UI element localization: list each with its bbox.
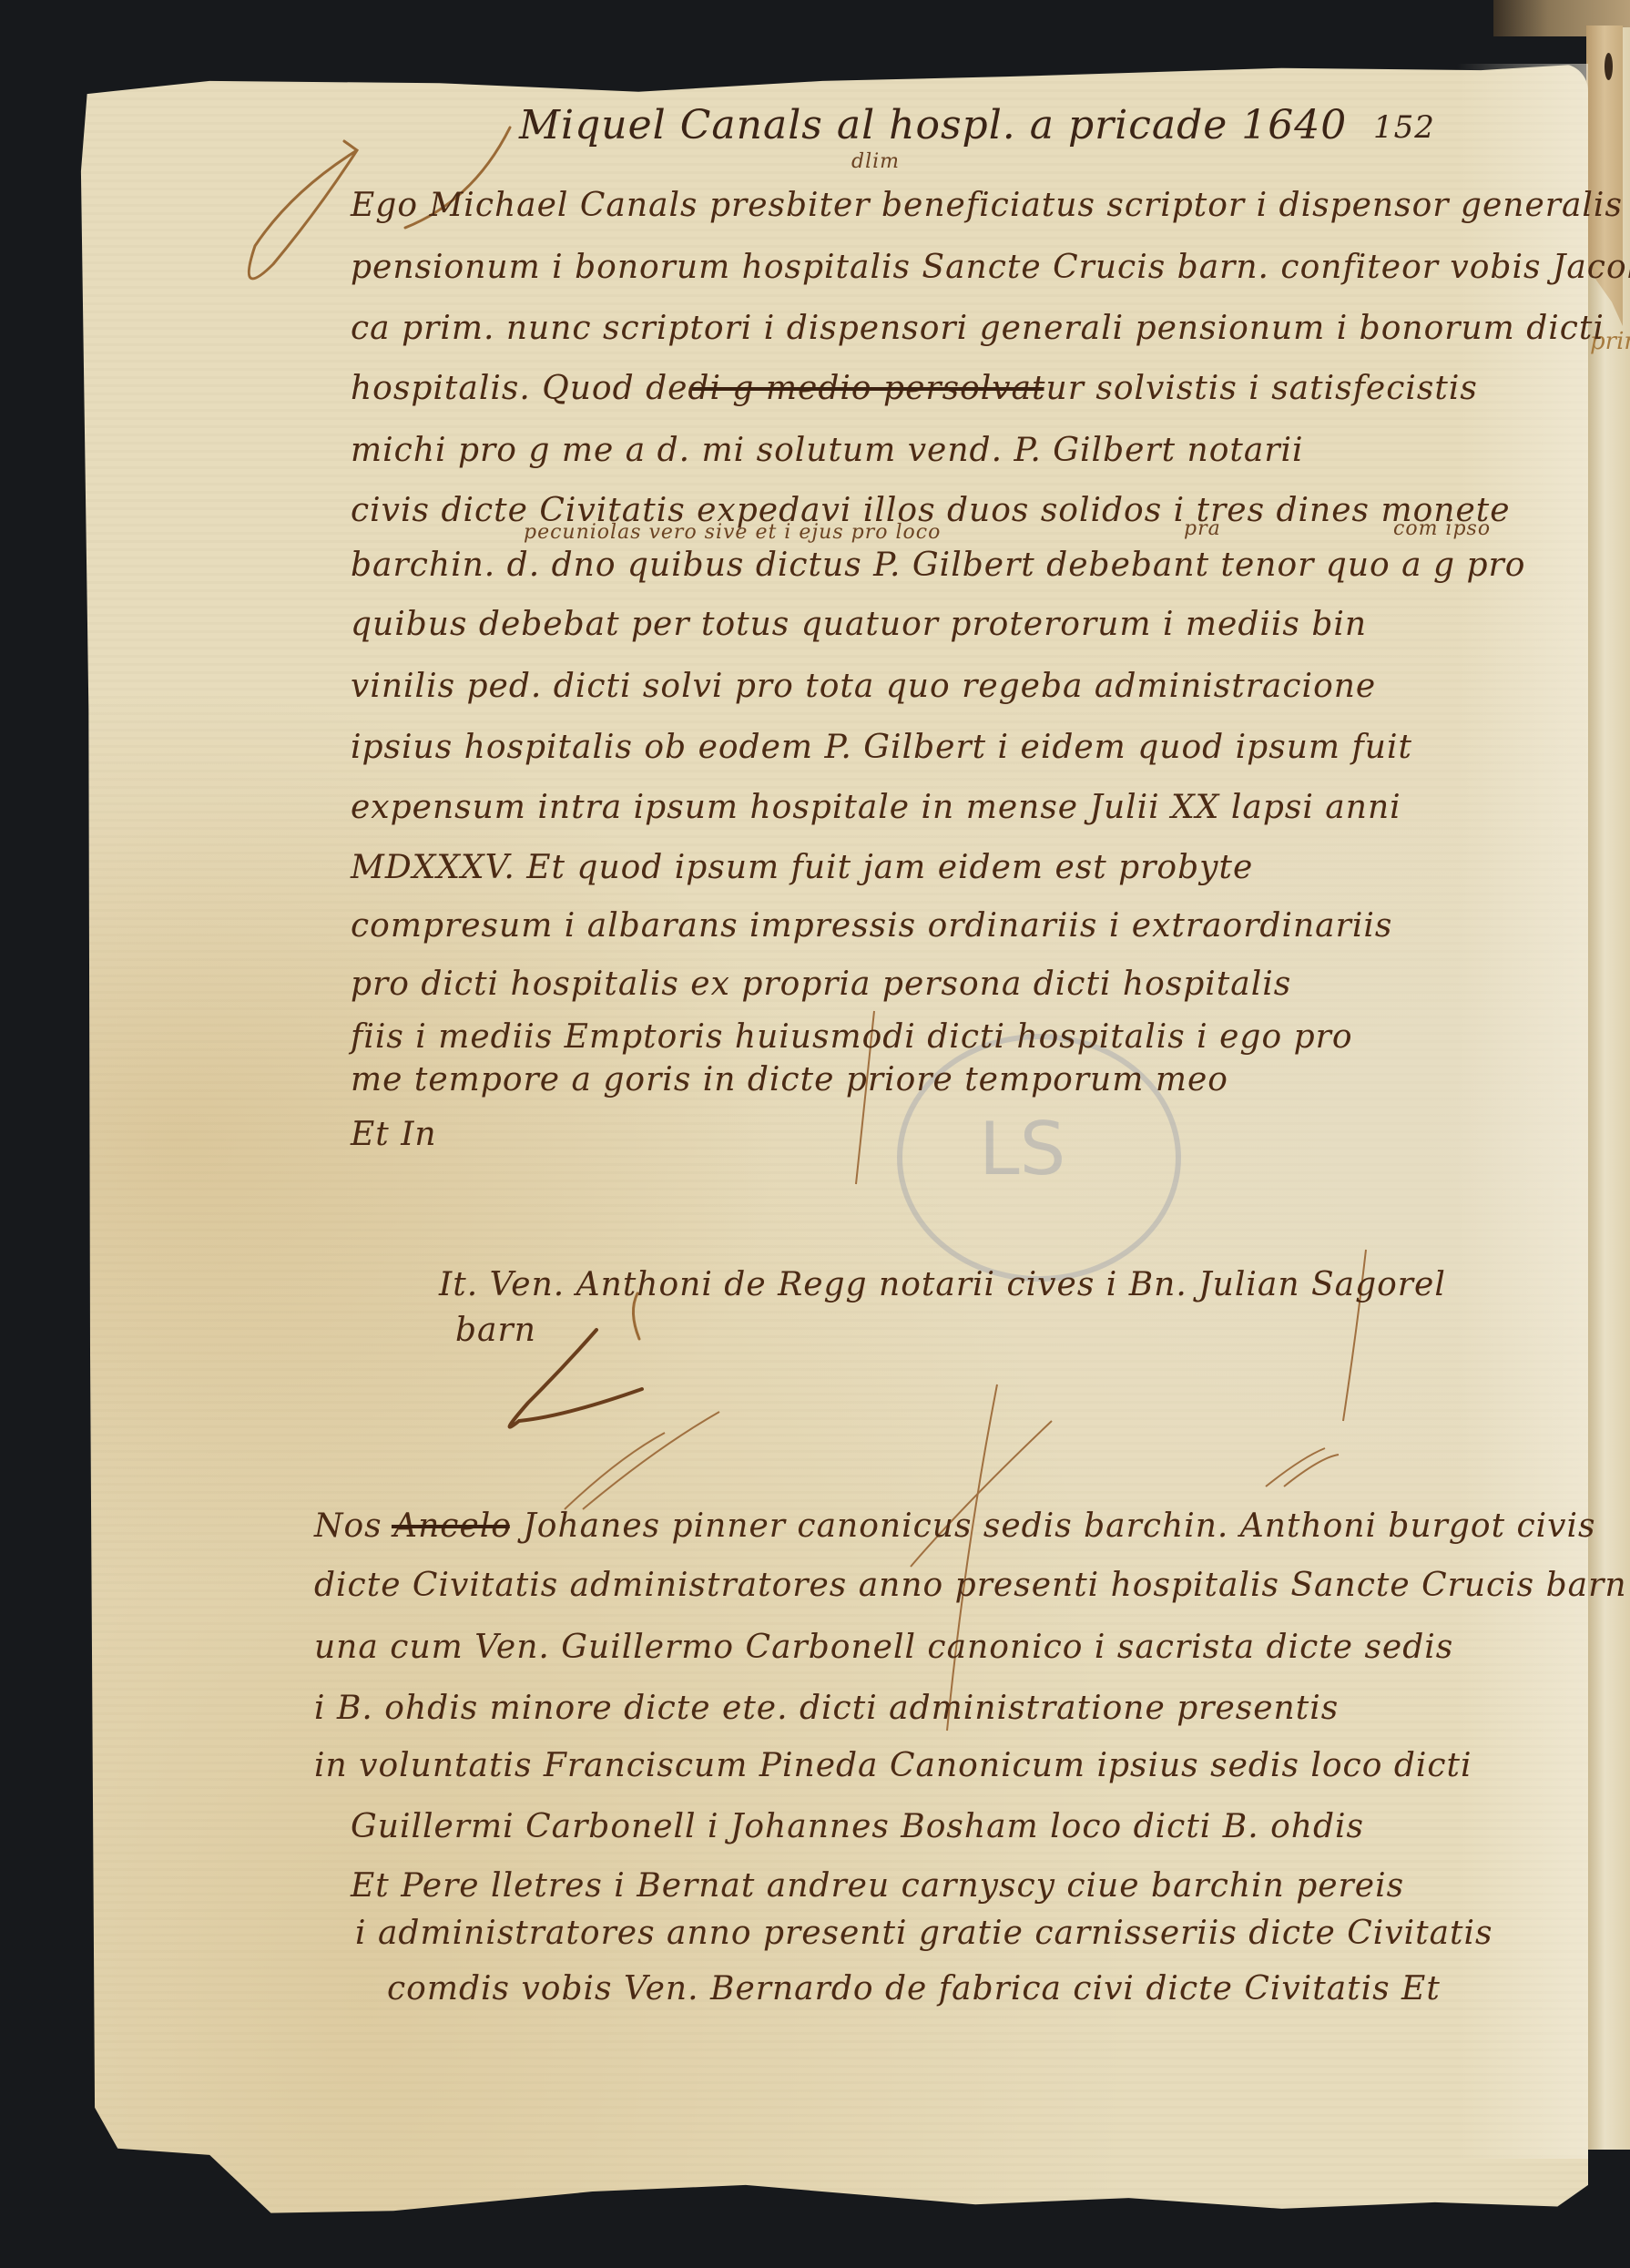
text-line: Et Pere lletres i Bernat andreu carnyscy… — [351, 1867, 1404, 1905]
note-line: barn — [455, 1312, 536, 1349]
folio-number: 152 — [1373, 109, 1435, 146]
text-line: fiis i mediis Emptoris huiusmodi dicti h… — [351, 1018, 1353, 1056]
text-line: expensum intra ipsum hospitale in mense … — [351, 789, 1401, 826]
text-line: quibus debebat per totus quatuor protero… — [351, 606, 1367, 643]
text-line: dicte Civitatis administratores anno pre… — [314, 1567, 1627, 1604]
text-line: MDXXXV. Et quod ipsum fuit jam eidem est… — [351, 849, 1253, 886]
text-line: ca prim. nunc scriptori i dispensori gen… — [351, 310, 1605, 347]
interlinear-note: com ipso — [1393, 517, 1491, 540]
interlinear-note: pecuniolas vero sive et i ejus pro loco — [524, 521, 941, 544]
interlinear-note: pra — [1184, 517, 1221, 540]
page-heading: Miquel Canals al hospl. a pricade 1640 — [519, 102, 1347, 148]
strikethrough-mark: Ancelo — [392, 1507, 510, 1545]
text-line: Et In — [351, 1116, 437, 1153]
text-line: una cum Ven. Guillermo Carbonell canonic… — [314, 1629, 1453, 1666]
text-line: pro dicti hospitalis ex propria persona … — [351, 965, 1291, 1003]
text-line: barchin. d. dno quibus dictus P. Gilbert… — [351, 547, 1525, 584]
binding-mark — [1605, 53, 1613, 80]
text-line: Ego Michael Canals presbiter beneficiatu… — [351, 187, 1630, 224]
note-line: It. Ven. Anthoni de Regg notarii cives i… — [439, 1266, 1446, 1303]
interlinear-note: dlim — [851, 150, 900, 173]
text-line: comdis vobis Ven. Bernardo de fabrica ci… — [387, 1970, 1441, 2007]
text-line: michi pro g me a d. mi solutum vend. P. … — [351, 432, 1304, 469]
text-line: Guillermi Carbonell i Johannes Bosham lo… — [351, 1808, 1364, 1845]
text-line: compresum i albarans impressis ordinarii… — [351, 907, 1392, 945]
stamp-monogram: LS — [979, 1107, 1065, 1191]
text-line: ipsius hospitalis ob eodem P. Gilbert i … — [351, 729, 1412, 766]
text-line: vinilis ped. dicti solvi pro tota quo re… — [351, 668, 1376, 705]
text-line: pensionum i bonorum hospitalis Sancte Cr… — [351, 249, 1630, 286]
text-line: me tempore a goris in dicte priore tempo… — [351, 1061, 1228, 1098]
text-line: i B. ohdis minore dicte ete. dicti admin… — [314, 1690, 1339, 1727]
text-line: in voluntatis Franciscum Pineda Canonicu… — [314, 1747, 1472, 1784]
strikethrough-mark: g medio persolvatur — [692, 370, 1044, 407]
text-line: i administratores anno presenti gratie c… — [355, 1915, 1493, 1952]
